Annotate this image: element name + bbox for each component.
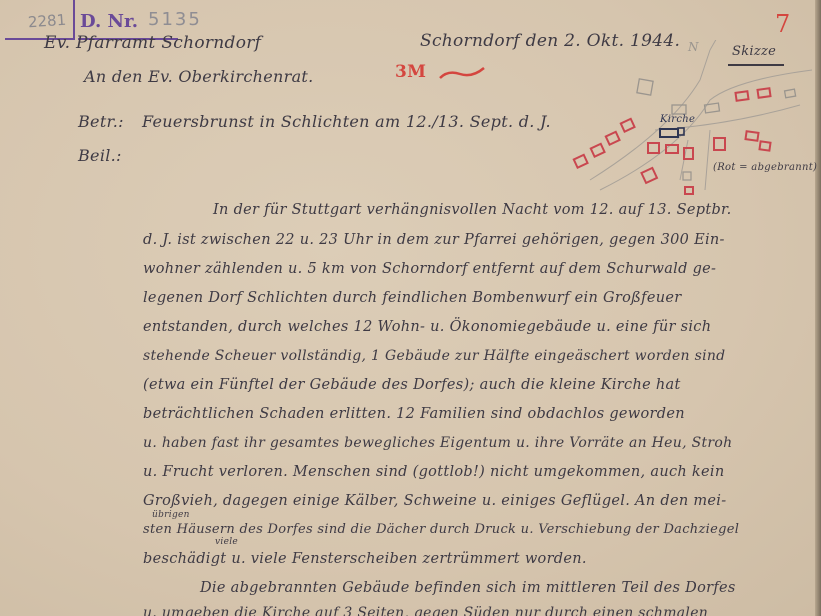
sender: Ev. Pfarramt Schorndorf <box>44 33 261 53</box>
red-stroke-icon <box>438 64 488 82</box>
body-line: beträchtlichen Schaden erlitten. 12 Fami… <box>143 406 685 422</box>
body-line: u. umgeben die Kirche auf 3 Seiten, gege… <box>143 605 708 616</box>
old-registry-number: 2281 <box>27 11 66 32</box>
body-line: sten Häusern des Dorfes sind die Dächer … <box>143 522 739 537</box>
red-annotation: 3M <box>395 62 426 82</box>
village-sketch: Skizze N <box>560 40 821 200</box>
body-line: Großvieh, dagegen einige Kälber, Schwein… <box>143 493 726 509</box>
body-line: entstanden, durch welches 12 Wohn- u. Ök… <box>143 319 711 335</box>
document-page: 2281 D. Nr. 5135 Ev. Pfarramt Schorndorf… <box>0 0 821 616</box>
insertion-correction: viele <box>215 537 238 547</box>
body-line: (etwa ein Fünftel der Gebäude des Dorfes… <box>143 377 681 393</box>
enclosure-label: Beil.: <box>78 146 122 165</box>
body-line: stehende Scheuer vollständig, 1 Gebäude … <box>143 348 725 364</box>
church-label: Kirche <box>660 114 695 125</box>
subject: Feuersbrunst in Schlichten am 12./13. Se… <box>142 112 551 131</box>
body-line: legenen Dorf Schlichten durch feindliche… <box>143 290 681 306</box>
body-line: In der für Stuttgart verhängnisvollen Na… <box>213 202 732 218</box>
recipient: An den Ev. Oberkirchenrat. <box>84 67 314 86</box>
insertion-above: übrigen <box>152 510 190 520</box>
body-line: u. haben fast ihr gesamtes bewegliches E… <box>143 435 732 451</box>
body-line: d. J. ist zwischen 22 u. 23 Uhr in dem z… <box>143 232 725 248</box>
body-line: Die abgebrannten Gebäude befinden sich i… <box>200 580 736 596</box>
subject-label: Betr.: <box>78 112 124 131</box>
sketch-legend: (Rot = abgebrannt) <box>713 162 817 173</box>
body-line: u. Frucht verloren. Menschen sind (gottl… <box>143 464 724 480</box>
body-line: beschädigt u. viele Fensterscheiben zert… <box>143 551 587 567</box>
registry-stamp-label: D. Nr. <box>80 11 138 32</box>
page-mark: 7 <box>775 10 791 38</box>
registry-number: 5135 <box>148 9 202 30</box>
body-line: wohner zählenden u. 5 km von Schorndorf … <box>143 261 716 277</box>
